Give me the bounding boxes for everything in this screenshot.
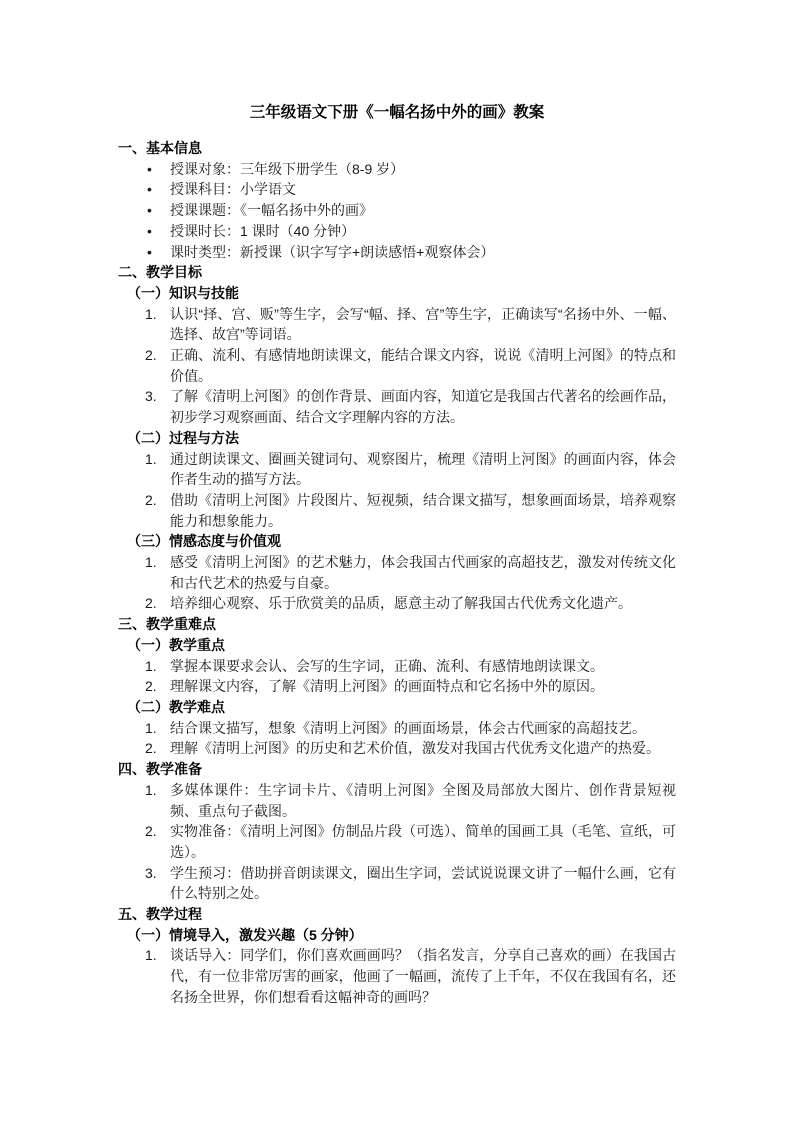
subsection-heading-knowledge-skills: （一）知识与技能 (127, 283, 676, 304)
list-item-text: 授课时长：1 课时（40 分钟） (170, 223, 355, 239)
subsection-heading-teaching-key-points: （一）教学重点 (127, 635, 676, 656)
document-title: 三年级语文下册《一幅名扬中外的画》教案 (0, 0, 794, 124)
item-text: 掌握本课要求会认、会写的生字词，正确、流利、有感情地朗读课文。 (170, 658, 604, 674)
numbered-list-item: 1. 掌握本课要求会认、会写的生字词，正确、流利、有感情地朗读课文。 (170, 656, 676, 677)
list-item: • 授课科目：小学语文 (170, 179, 676, 200)
document-body: 一、基本信息 • 授课对象：三年级下册学生（8-9 岁） • 授课科目：小学语文… (0, 138, 794, 1008)
item-number: 1. (145, 945, 157, 966)
item-number: 1. (145, 780, 157, 801)
bullet-icon: • (147, 242, 152, 263)
item-text: 理解《清明上河图》的历史和艺术价值，激发对我国古代优秀文化遗产的热爱。 (170, 740, 660, 756)
list-item-text: 授课课题：《一幅名扬中外的画》 (170, 202, 373, 218)
list-item-text: 授课对象：三年级下册学生（8-9 岁） (170, 161, 404, 177)
item-number: 2. (145, 490, 157, 511)
numbered-list-item: 2. 实物准备：《清明上河图》仿制品片段（可选）、简单的国画工具（毛笔、宣纸，可… (170, 821, 676, 862)
bullet-icon: • (147, 159, 152, 180)
subsection-heading-process-methods: （二）过程与方法 (127, 428, 676, 449)
bullet-icon: • (147, 179, 152, 200)
item-number: 3. (145, 386, 157, 407)
item-text: 学生预习：借助拼音朗读课文，圈出生字词，尝试说说课文讲了一幅什么画，它有什么特别… (170, 865, 676, 902)
item-number: 1. (145, 718, 157, 739)
item-text: 结合课文描写，想象《清明上河图》的画面场景，体会古代画家的高超技艺。 (170, 720, 646, 736)
list-item-text: 授课科目：小学语文 (170, 181, 296, 197)
numbered-list-item: 2. 培养细心观察、乐于欣赏美的品质，愿意主动了解我国古代优秀文化遗产。 (170, 593, 676, 614)
item-number: 1. (145, 449, 157, 470)
numbered-list-item: 1. 多媒体课件：生字词卡片、《清明上河图》全图及局部放大图片、创作背景短视频、… (170, 780, 676, 821)
item-text: 借助《清明上河图》片段图片、短视频，结合课文描写，想象画面场景，培养观察能力和想… (170, 492, 676, 529)
subsection-heading-teaching-difficulties: （二）教学难点 (127, 697, 676, 718)
list-item: • 授课对象：三年级下册学生（8-9 岁） (170, 159, 676, 180)
item-number: 2. (145, 345, 157, 366)
item-text: 认识“择、宫、贩”等生字，会写“幅、择、宫”等生字，正确读写“名扬中外、一幅、选… (170, 306, 676, 343)
document-page: 三年级语文下册《一幅名扬中外的画》教案 一、基本信息 • 授课对象：三年级下册学… (0, 0, 794, 1123)
item-text: 了解《清明上河图》的创作背景、画面内容，知道它是我国古代著名的绘画作品，初步学习… (170, 388, 676, 425)
numbered-list-item: 1. 通过朗读课文、圈画关键词句、观察图片，梳理《清明上河图》的画面内容，体会作… (170, 449, 676, 490)
numbered-list-item: 2. 借助《清明上河图》片段图片、短视频，结合课文描写，想象画面场景，培养观察能… (170, 490, 676, 531)
section-heading-teaching-process: 五、教学过程 (118, 904, 676, 925)
list-item: • 授课时长：1 课时（40 分钟） (170, 221, 676, 242)
item-number: 1. (145, 552, 157, 573)
item-number: 2. (145, 738, 157, 759)
item-number: 1. (145, 656, 157, 677)
numbered-list-item: 3. 学生预习：借助拼音朗读课文，圈出生字词，尝试说说课文讲了一幅什么画，它有什… (170, 863, 676, 904)
list-item: • 课时类型：新授课（识字写字+朗读感悟+观察体会） (170, 242, 676, 263)
item-text: 实物准备：《清明上河图》仿制品片段（可选）、简单的国画工具（毛笔、宣纸，可选）。 (170, 823, 676, 860)
item-text: 通过朗读课文、圈画关键词句、观察图片，梳理《清明上河图》的画面内容，体会作者生动… (170, 451, 676, 488)
section-heading-key-difficult-points: 三、教学重难点 (118, 614, 676, 635)
item-text: 理解课文内容，了解《清明上河图》的画面特点和它名扬中外的原因。 (170, 678, 604, 694)
section-heading-teaching-objectives: 二、教学目标 (118, 262, 676, 283)
item-text: 谈话导入：同学们，你们喜欢画画吗？（指名发言，分享自己喜欢的画）在我国古代，有一… (170, 947, 676, 1004)
subsection-heading-situational-introduction: （一）情境导入，激发兴趣（5 分钟） (127, 925, 676, 946)
list-item: • 授课课题：《一幅名扬中外的画》 (170, 200, 676, 221)
numbered-list-item: 2. 理解《清明上河图》的历史和艺术价值，激发对我国古代优秀文化遗产的热爱。 (170, 738, 676, 759)
numbered-list-item: 1. 谈话导入：同学们，你们喜欢画画吗？（指名发言，分享自己喜欢的画）在我国古代… (170, 945, 676, 1007)
numbered-list-item: 1. 认识“择、宫、贩”等生字，会写“幅、择、宫”等生字，正确读写“名扬中外、一… (170, 304, 676, 345)
item-text: 多媒体课件：生字词卡片、《清明上河图》全图及局部放大图片、创作背景短视频、重点句… (170, 782, 676, 819)
bullet-icon: • (147, 221, 152, 242)
item-number: 1. (145, 304, 157, 325)
item-number: 2. (145, 821, 157, 842)
item-number: 2. (145, 593, 157, 614)
section-heading-basic-info: 一、基本信息 (118, 138, 676, 159)
item-number: 3. (145, 863, 157, 884)
item-number: 2. (145, 676, 157, 697)
numbered-list-item: 1. 感受《清明上河图》的艺术魅力，体会我国古代画家的高超技艺，激发对传统文化和… (170, 552, 676, 593)
item-text: 感受《清明上河图》的艺术魅力，体会我国古代画家的高超技艺，激发对传统文化和古代艺… (170, 554, 676, 591)
item-text: 正确、流利、有感情地朗读课文，能结合课文内容，说说《清明上河图》的特点和价值。 (170, 347, 676, 384)
item-text: 培养细心观察、乐于欣赏美的品质，愿意主动了解我国古代优秀文化遗产。 (170, 595, 632, 611)
numbered-list-item: 1. 结合课文描写，想象《清明上河图》的画面场景，体会古代画家的高超技艺。 (170, 718, 676, 739)
list-item-text: 课时类型：新授课（识字写字+朗读感悟+观察体会） (170, 244, 494, 260)
numbered-list-item: 2. 理解课文内容，了解《清明上河图》的画面特点和它名扬中外的原因。 (170, 676, 676, 697)
subsection-heading-emotional-attitude-values: （三）情感态度与价值观 (127, 531, 676, 552)
numbered-list-item: 3. 了解《清明上河图》的创作背景、画面内容，知道它是我国古代著名的绘画作品，初… (170, 386, 676, 427)
numbered-list-item: 2. 正确、流利、有感情地朗读课文，能结合课文内容，说说《清明上河图》的特点和价… (170, 345, 676, 386)
section-heading-teaching-preparation: 四、教学准备 (118, 759, 676, 780)
bullet-icon: • (147, 200, 152, 221)
